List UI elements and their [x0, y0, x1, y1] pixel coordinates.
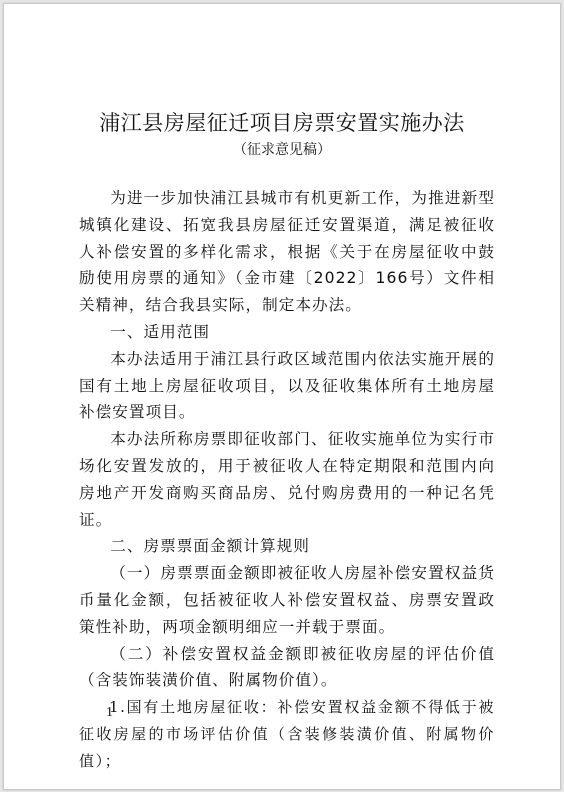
page-number: 1 — [106, 705, 113, 721]
rule-1-paragraph: （一）房票票面金额即被征收人房屋补偿安置权益货币量化金额，包括被征收人补偿安置权… — [79, 560, 495, 640]
definition-paragraph: 本办法所称房票即征收部门、征收实施单位为实行市场化安置发放的，用于被征收人在特定… — [79, 426, 495, 533]
document-body: 为进一步加快浦江县城市有机更新工作，为推进新型城镇化建设、拓宽我县房屋征迁安置渠… — [79, 185, 495, 775]
document-subtitle: （征求意见稿） — [4, 139, 560, 159]
intro-paragraph: 为进一步加快浦江县城市有机更新工作，为推进新型城镇化建设、拓宽我县房屋征迁安置渠… — [79, 185, 495, 319]
document-page: 浦江县房屋征迁项目房票安置实施办法 （征求意见稿） 为进一步加快浦江县城市有机更… — [3, 3, 561, 790]
rule-2-paragraph: （二）补偿安置权益金额即被征收房屋的评估价值（含装饰装潢价值、附属物价值）。 — [79, 641, 495, 695]
rule-2-item-1-paragraph: 1.国有土地房屋征收：补偿安置权益金额不得低于被征收房屋的市场评估价值（含装修装… — [79, 694, 495, 774]
section-heading-calculation: 二、房票票面金额计算规则 — [79, 533, 495, 560]
scope-paragraph: 本办法适用于浦江县行政区域范围内依法实施开展的国有土地上房屋征收项目，以及征收集… — [79, 346, 495, 426]
document-title: 浦江县房屋征迁项目房票安置实施办法 — [4, 107, 560, 137]
section-heading-scope: 一、适用范围 — [79, 319, 495, 346]
